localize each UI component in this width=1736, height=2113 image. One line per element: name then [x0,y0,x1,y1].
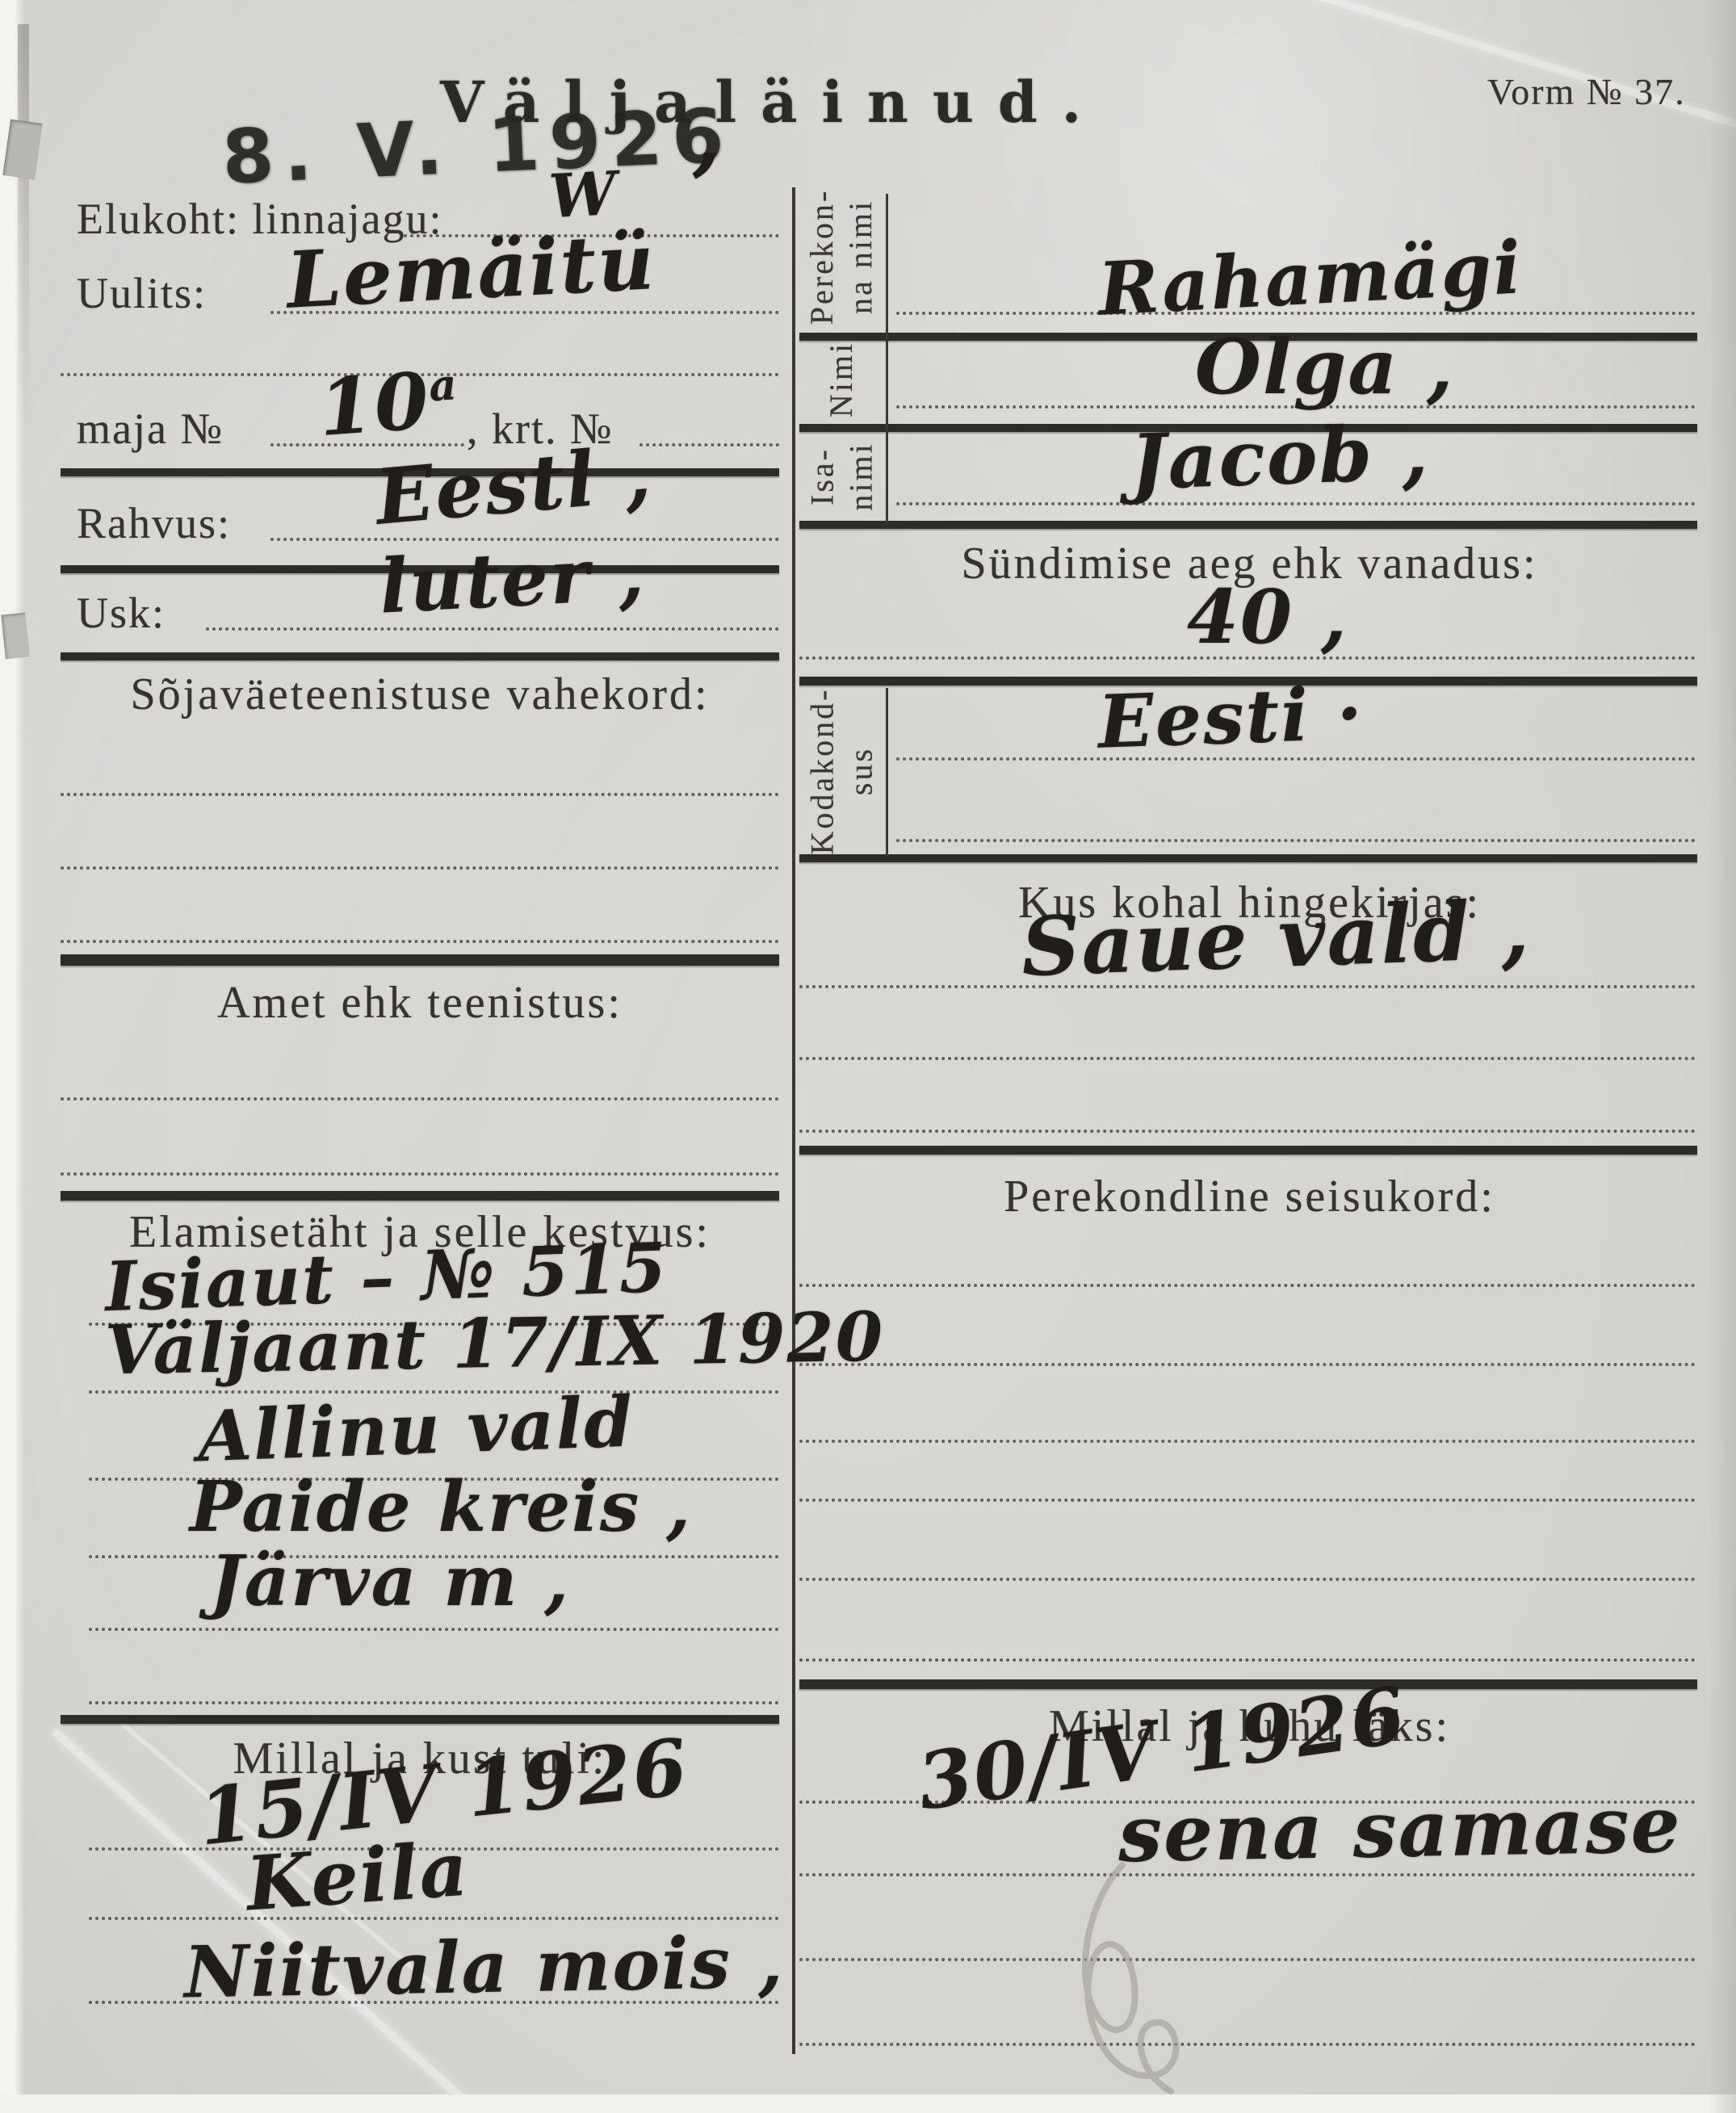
arrival-line-2: Keila [244,1831,472,1921]
dotted-fill-line [61,866,779,870]
occupation-heading: Amet ehk teenistus: [61,977,779,1029]
departure-line-2: sena samase [1117,1786,1682,1873]
dotted-fill-line [896,502,1696,505]
dotted-fill-line [61,940,779,943]
citizenship-value: Eesti · [1097,677,1365,758]
dotted-fill-line [89,1917,779,1920]
heavy-divider-line [799,521,1697,529]
residence-permit-line-2: Väljaant 17/IX 1920 [104,1303,885,1385]
dotted-fill-line [61,1097,779,1101]
pencil-scribble [1025,1849,1300,2099]
dotted-fill-line [896,839,1696,842]
arrival-line-3: Niitvala mois , [183,1926,785,2008]
stamp-handwritten-mark: , [693,97,723,178]
dotted-fill-line [799,1499,1696,1502]
maja-value: 10a [317,360,462,447]
citizenship-label-line1: Kodakond- [803,688,842,855]
citizenship-vertical-label: Kodakond- sus [795,690,888,852]
heavy-divider-line [799,1146,1697,1155]
citizenship-label-line2: sus [842,688,881,855]
heavy-divider-line [61,954,779,966]
surname-label-line1: Perekon- [803,188,842,324]
torn-notch [2,119,42,180]
birth-value: 40 , [1187,580,1348,654]
heavy-divider-line [799,854,1697,862]
heavy-divider-line [61,1191,779,1201]
father-name-value: Jacob , [1129,415,1431,501]
scanner-strip-bottom [0,2094,1736,2113]
dotted-fill-line [799,1130,1696,1133]
father-name-label-line1: Isa- [803,442,842,510]
rahvus-value: Eestl , [373,436,656,536]
usk-value: luter , [378,535,648,623]
residence-permit-line-4: Paide kreis , [190,1473,692,1542]
name-label: Nimi [822,342,861,417]
dotted-fill-line [799,1057,1696,1060]
heavy-divider-line [799,1679,1697,1689]
usk-label: Usk: [77,588,166,638]
dotted-fill-line [799,1440,1696,1443]
scanned-form-page: Väljaläinud. Vorm № 37. 8. V. 1926 , Elu… [0,0,1736,2113]
maja-label: maja № [77,404,224,454]
dotted-fill-line [799,1363,1696,1366]
dotted-fill-line [89,1628,779,1631]
maja-number-suffix: a [427,359,459,411]
dotted-fill-line [799,1658,1696,1662]
father-name-vertical-label: Isa- nimi [795,436,888,517]
scanner-edge-left [0,0,24,2113]
residence-permit-line-3: Allinu vald [197,1388,635,1473]
dotted-fill-line [799,1578,1696,1581]
military-service-heading: Sõjaväeteenistuse vahekord: [61,669,779,720]
dotted-fill-line [799,1284,1696,1287]
uulits-value: Lemäitü [285,223,657,320]
surname-vertical-label: Perekon- na nimi [795,194,888,319]
page-edge-right [1709,0,1736,2113]
dotted-fill-line [61,793,779,796]
name-value: Olga , [1195,329,1455,405]
family-status-heading: Perekondline seisukord: [799,1171,1700,1222]
rahvus-label: Rahvus: [77,498,231,548]
surname-value: Rahamägi [1097,231,1524,325]
residence-permit-line-5: Järva m , [210,1547,570,1616]
dotted-fill-line [799,2043,1696,2046]
dotted-fill-line [639,443,779,446]
heavy-divider-line [61,652,779,660]
maja-number: 10 [316,355,433,454]
surname-label-line2: na nimi [842,188,881,324]
torn-edge [18,24,29,428]
dotted-fill-line [206,627,779,631]
dotted-fill-line [61,1172,779,1176]
torn-notch [1,613,30,660]
name-vertical-label: Nimi [795,343,888,416]
uulits-label: Uulits: [77,268,207,318]
form-number: Vorm № 37. [1487,71,1686,114]
date-stamp: 8. V. 1926 [220,92,735,201]
dotted-fill-line [89,1701,779,1704]
parish-register-value: Saue vald , [1020,889,1532,987]
dotted-fill-line [799,1958,1696,1961]
father-name-label-line2: nimi [842,442,881,510]
